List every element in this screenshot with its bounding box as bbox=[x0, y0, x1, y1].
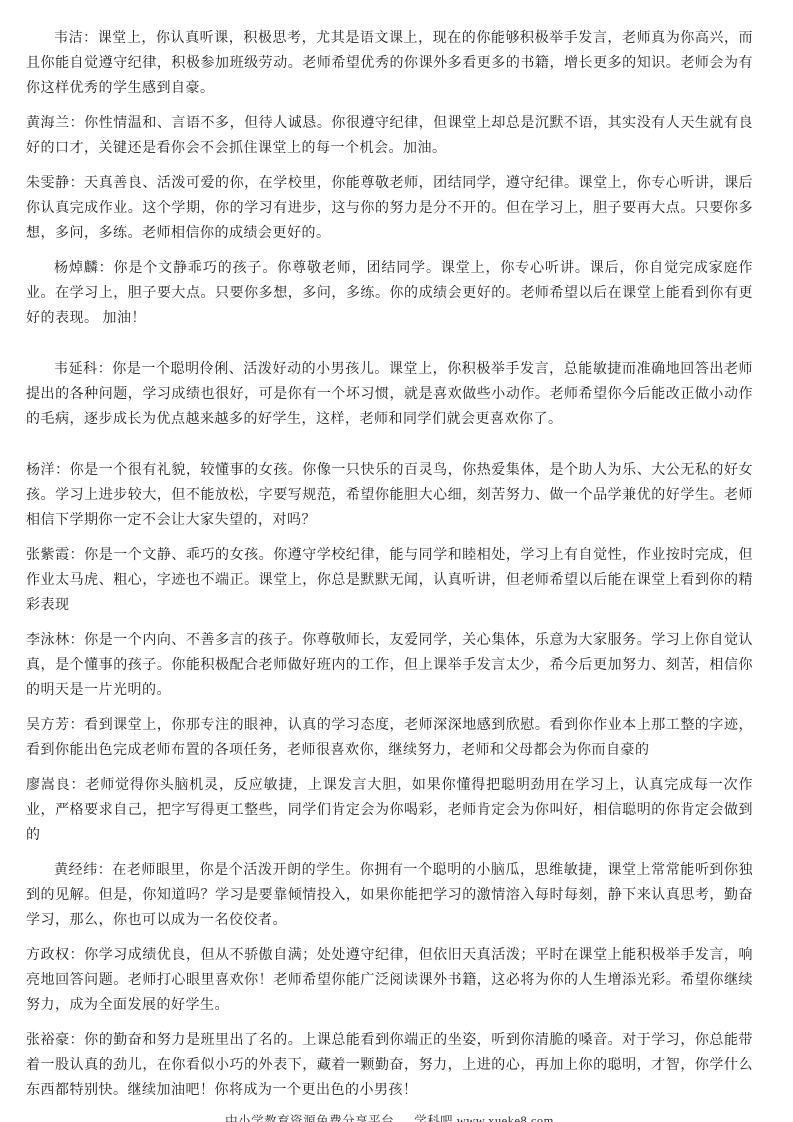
student-comment-paragraph: 吴方芳：看到课堂上，你那专注的眼神，认真的学习态度，老师深深地感到欣慰。看到你作… bbox=[26, 713, 753, 763]
student-name: 杨焯麟： bbox=[54, 261, 114, 276]
footer-site-text: 学科吧 www.xueke8.com bbox=[414, 1114, 554, 1122]
student-name: 韦延科： bbox=[54, 362, 112, 377]
student-comment-paragraph: 方政权：你学习成绩优良，但从不骄傲自满；处处遵守纪律，但依旧天真活泼；平时在课堂… bbox=[26, 943, 753, 1018]
student-comment-paragraph: 杨洋：你是一个很有礼貌，较懂事的女孩。你像一只快乐的百灵鸟，你热爱集体，是个助人… bbox=[26, 458, 753, 533]
student-comment-paragraph: 张紫霞：你是一个文静、乖巧的女孩。你遵守学校纪律，能与同学和睦相处，学习上有自觉… bbox=[26, 543, 753, 618]
comment-text: 你学习成绩优良，但从不骄傲自满；处处遵守纪律，但依旧天真活泼；平时在课堂上能积极… bbox=[26, 948, 753, 1013]
comment-text: 你是一个很有礼貌，较懂事的女孩。你像一只快乐的百灵鸟，你热爱集体，是个助人为乐、… bbox=[26, 463, 753, 528]
student-comment-paragraph: 杨焯麟：你是个文静乖巧的孩子。你尊敬老师，团结同学。课堂上，你专心听讲。课后，你… bbox=[26, 256, 753, 331]
student-name: 张裕豪： bbox=[26, 1033, 84, 1048]
comment-text: 老师觉得你头脑机灵，反应敏捷，上课发言大胆，如果你懂得把聪明劲用在学习上，认真完… bbox=[26, 778, 753, 843]
page-footer: 中小学教育资源免费分享平台学科吧 www.xueke8.com bbox=[26, 1113, 753, 1122]
student-comment-paragraph: 韦延科：你是一个聪明伶俐、活泼好动的小男孩儿。课堂上，你积极举手发言，总能敏捷而… bbox=[26, 357, 753, 432]
student-comment-paragraph: 朱雯静：天真善良、活泼可爱的你，在学校里，你能尊敬老师，团结同学，遵守纪律。课堂… bbox=[26, 171, 753, 246]
comment-text: 你的勤奋和努力是班里出了名的。上课总能看到你端正的坐姿，听到你清脆的嗓音。对于学… bbox=[26, 1033, 753, 1098]
comment-text: 看到课堂上，你那专注的眼神，认真的学习态度，老师深深地感到欣慰。看到你作业本上那… bbox=[26, 718, 753, 758]
student-comment-paragraph: 张裕豪：你的勤奋和努力是班里出了名的。上课总能看到你端正的坐姿，听到你清脆的嗓音… bbox=[26, 1028, 753, 1103]
comment-text: 你性情温和、言语不多，但待人诚恳。你很遵守纪律，但课堂上却总是沉默不语，其实没有… bbox=[26, 116, 753, 156]
student-name: 韦洁： bbox=[54, 31, 98, 46]
comment-text: 天真善良、活泼可爱的你，在学校里，你能尊敬老师，团结同学，遵守纪律。课堂上，你专… bbox=[26, 176, 753, 241]
student-name: 杨洋： bbox=[26, 463, 70, 478]
student-name: 黄海兰： bbox=[26, 116, 84, 131]
student-name: 朱雯静： bbox=[26, 176, 84, 191]
comment-text: 你是个文静乖巧的孩子。你尊敬老师，团结同学。课堂上，你专心听讲。课后，你自觉完成… bbox=[26, 261, 753, 326]
student-name: 黄经纬： bbox=[54, 863, 112, 878]
student-comment-paragraph: 廖嵩良：老师觉得你头脑机灵，反应敏捷，上课发言大胆，如果你懂得把聪明劲用在学习上… bbox=[26, 773, 753, 848]
comment-text: 你是一个内向、不善多言的孩子。你尊敬师长，友爱同学，关心集体，乐意为大家服务。学… bbox=[26, 633, 753, 698]
student-name: 吴方芳： bbox=[26, 718, 84, 733]
student-comment-paragraph: 黄经纬：在老师眼里，你是个活泼开朗的学生。你拥有一个聪明的小脑瓜，思维敏捷，课堂… bbox=[26, 858, 753, 933]
comment-text: 课堂上，你认真听课，积极思考，尤其是语文课上，现在的你能够积极举手发言，老师真为… bbox=[26, 31, 753, 96]
document-page: 韦洁：课堂上，你认真听课，积极思考，尤其是语文课上，现在的你能够积极举手发言，老… bbox=[0, 0, 793, 1122]
student-name: 李泳林： bbox=[26, 633, 84, 648]
student-comment-paragraph: 李泳林：你是一个内向、不善多言的孩子。你尊敬师长，友爱同学，关心集体，乐意为大家… bbox=[26, 628, 753, 703]
footer-platform-text: 中小学教育资源免费分享平台 bbox=[225, 1114, 394, 1122]
comment-text: 在老师眼里，你是个活泼开朗的学生。你拥有一个聪明的小脑瓜，思维敏捷，课堂上常常能… bbox=[26, 863, 753, 928]
student-comment-paragraph: 黄海兰：你性情温和、言语不多，但待人诚恳。你很遵守纪律，但课堂上却总是沉默不语，… bbox=[26, 111, 753, 161]
comment-text: 你是一个文静、乖巧的女孩。你遵守学校纪律，能与同学和睦相处，学习上有自觉性，作业… bbox=[26, 548, 753, 613]
comment-text: 你是一个聪明伶俐、活泼好动的小男孩儿。课堂上，你积极举手发言，总能敏捷而准确地回… bbox=[26, 362, 753, 427]
student-name: 张紫霞： bbox=[26, 548, 84, 563]
student-name: 廖嵩良： bbox=[26, 778, 85, 793]
student-name: 方政权： bbox=[26, 948, 84, 963]
student-comment-paragraph: 韦洁：课堂上，你认真听课，积极思考，尤其是语文课上，现在的你能够积极举手发言，老… bbox=[26, 26, 753, 101]
